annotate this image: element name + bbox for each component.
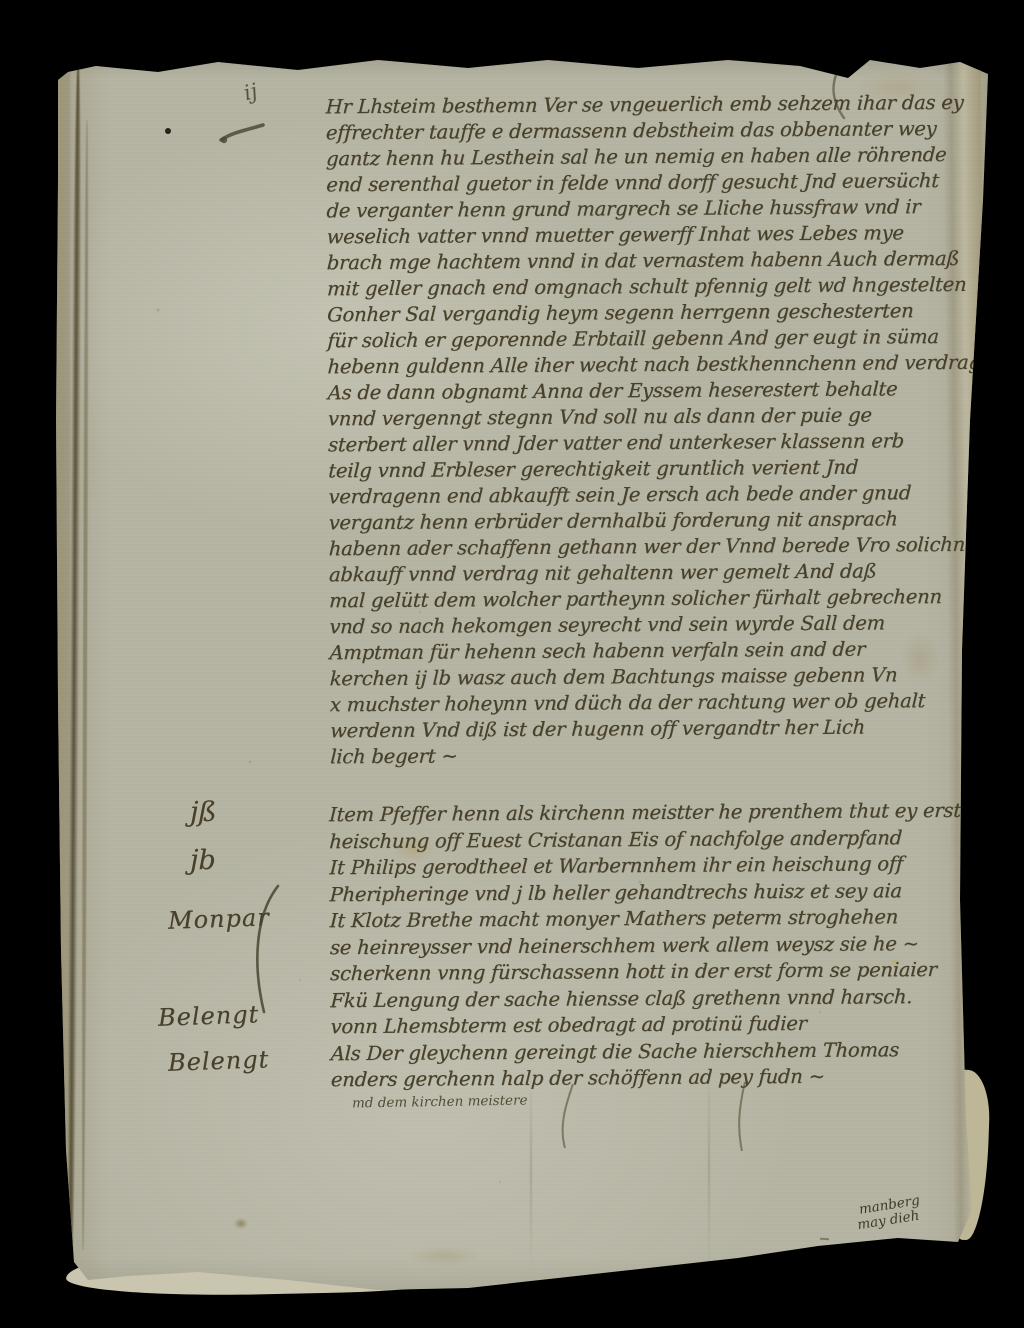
margin-note-amount: jb [190,845,216,876]
entries-text-block: Item Pfeffer henn als kirchenn meistter … [329,798,969,1094]
margin-note-belengt: Belengt [168,1045,270,1077]
text-line: Item Pfeffer henn als kirchenn meistter … [328,798,967,829]
photo-background: ij Hr Lhsteim besthemn Ver se vngeuerlic… [0,0,1024,1328]
margin-note-amount: jß [190,797,216,828]
pen-dash-mark [820,1238,829,1241]
quill-swash-icon [216,94,278,150]
descender-strokes-icon [545,1082,765,1154]
margin-flourish-icon [248,882,282,1016]
paper-stain [404,1246,484,1266]
main-text-block: Hr Lhsteim besthemn Ver se vngeuerlich e… [326,90,994,771]
text-line: vonn Lhemsbterm est obedragt ad protinü … [330,1010,969,1041]
ink-dot [165,128,171,134]
margin-note-monpar: Monpar [168,903,271,935]
fold-crease [530,1070,532,1270]
text-line: It Klotz Brethe macht monyer Mathers pet… [329,904,968,935]
text-line: It Philips gerodtheel et Warbernnhem ihr… [329,851,968,882]
text-line: scherkenn vnng fürschassenn hott in der … [330,957,969,988]
corner-note: manberg may dieh [858,1193,923,1232]
manuscript-page: ij Hr Lhsteim besthemn Ver se vngeuerlic… [48,50,996,1300]
text-line: lich begert ~ [330,740,994,771]
binding-seam-light [81,120,89,1250]
text-line: enders gerchenn halp der schöffenn ad pe… [330,1063,969,1094]
paper-stain [234,1218,248,1229]
margin-note-belengt: Belengt [158,1000,260,1032]
entries-trailer-line: md dem kirchen meistere [352,1092,528,1111]
